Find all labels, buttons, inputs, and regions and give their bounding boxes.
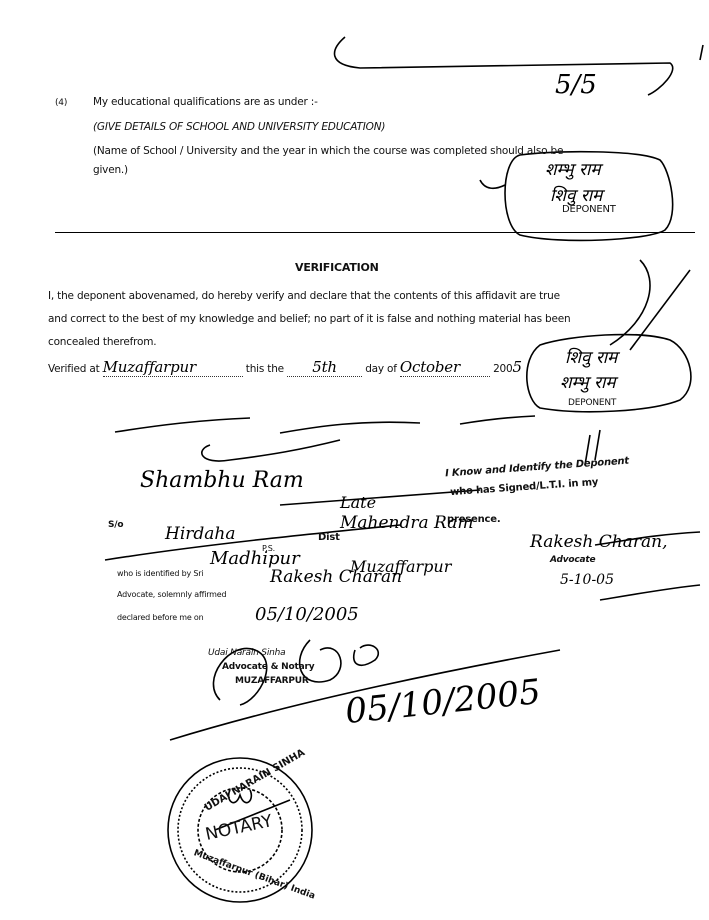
advocate-affirmed-text: Advocate, solemnly affirmed (117, 590, 226, 599)
verification-heading: VERIFICATION (295, 261, 379, 274)
declared-label: declared before me on (117, 613, 204, 622)
notary-title: Advocate & Notary (222, 662, 314, 672)
post-handwritten: Madhipur (210, 548, 300, 569)
village-handwritten: Hirdaha (165, 524, 236, 544)
verified-at-place: Muzaffarpur (103, 358, 243, 377)
deponent-label-2: DEPONENT (568, 398, 616, 408)
notary-name: Udai Narain Sinha (208, 648, 285, 658)
verified-month: October (400, 358, 490, 377)
section-note-line2: given.) (93, 164, 128, 176)
section-number: (4) (55, 98, 67, 108)
year-prefix: 200 (493, 363, 512, 375)
father-late-handwritten: Late (340, 493, 376, 512)
deponent-signature-1b: शिवु राम (550, 183, 602, 206)
father-label: S/o (108, 520, 123, 530)
this-the-label: this the (246, 363, 284, 375)
deponent-signature-1a: शम्भु राम (545, 157, 601, 180)
section-divider (55, 232, 695, 233)
verification-para-line3: concealed therefrom. (48, 336, 156, 348)
stamp-bottom-text: Muzaffarpur (Bihar) India (192, 848, 316, 901)
district-label: Dist (318, 532, 340, 543)
section-instruction: (GIVE DETAILS OF SCHOOL AND UNIVERSITY E… (93, 121, 385, 133)
verification-para-line2: and correct to the best of my knowledge … (48, 313, 570, 325)
day-of-label: day of (365, 363, 397, 375)
advocate-title: Advocate (550, 555, 595, 565)
section-heading: My educational qualifications are as und… (93, 96, 318, 108)
identified-by-label: who is identified by Sri (117, 569, 203, 578)
deponent-label-1: DEPONENT (562, 204, 616, 215)
identify-text-line2: who has Signed/L.T.I. in my (450, 477, 599, 498)
stamp-center-text: NOTARY (204, 811, 275, 845)
advocate-signature: Rakesh Charan, (530, 532, 667, 552)
stamp-top-text: UDAI NARAIN SINHA (203, 747, 307, 813)
notary-place: MUZAFFARPUR (235, 676, 309, 686)
deponent-name-handwritten: Shambhu Ram (140, 468, 304, 493)
verified-at-label: Verified at (48, 363, 100, 375)
place-handwritten: Muzaffarpur (350, 557, 451, 576)
deponent-signature-2a: शिवु राम (565, 345, 617, 368)
notary-signed-date: 05/10/2005 (343, 672, 542, 732)
declared-date: 05/10/2005 (255, 604, 359, 625)
section-note-line1: (Name of School / University and the yea… (93, 145, 563, 157)
verified-day: 5th (287, 358, 362, 377)
identify-text-line1: I Know and Identify the Deponent (445, 456, 630, 480)
page-number-marker: 5/5 (555, 70, 597, 100)
deponent-signature-2b: शम्भु राम (560, 370, 616, 393)
advocate-date: 5-10-05 (560, 572, 614, 588)
father-name-handwritten: Mahendra Ram (340, 513, 474, 533)
verified-at-row: Verified at Muzaffarpur this the 5th day… (48, 358, 522, 377)
year-suffix: 5 (513, 358, 522, 376)
verification-para-line1: I, the deponent abovenamed, do hereby ve… (48, 290, 560, 302)
